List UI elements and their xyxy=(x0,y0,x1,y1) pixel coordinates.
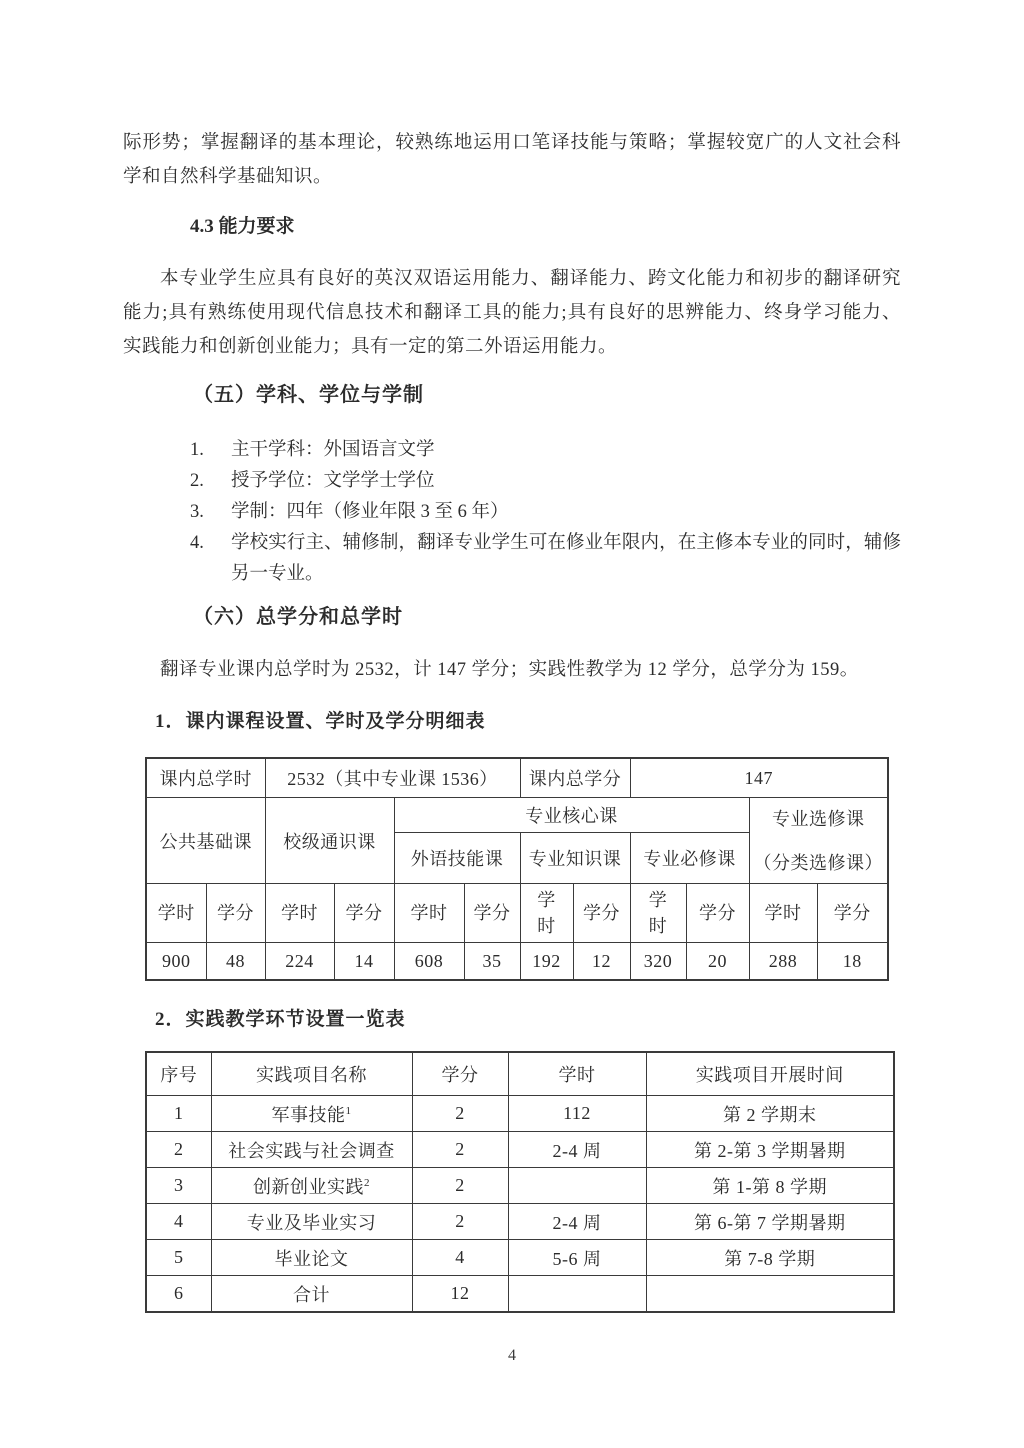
unit-header: 学分 xyxy=(464,884,520,943)
col-header-no: 序号 xyxy=(146,1052,211,1096)
cell-credits: 12 xyxy=(412,1276,508,1313)
group-major-required: 专业必修课 xyxy=(630,833,749,884)
text-line: 另一专业。 xyxy=(231,559,901,590)
cell-credits: 4 xyxy=(412,1240,508,1276)
footnote-superscript: 1 xyxy=(346,1105,352,1117)
document-page: 际形势；掌握翻译的基本理论，较熟练地运用口笔译技能与策略；掌握较宽广的人文社会科… xyxy=(0,0,1024,1448)
value-cell: 900 xyxy=(146,943,206,981)
practice-teaching-table: 序号 实践项目名称 学分 学时 实践项目开展时间 1军事技能12112第 2 学… xyxy=(145,1051,895,1313)
cell-time: 第 7-8 学期 xyxy=(646,1240,894,1276)
list-item: 3.学制：四年（修业年限 3 至 6 年） xyxy=(190,497,901,528)
value-cell: 12 xyxy=(573,943,630,981)
total-hours-value: 2532（其中专业课 1536） xyxy=(265,758,520,798)
text-line: 学校实行主、辅修制，翻译专业学生可在修业年限内，在主修本专业的同时，辅修 xyxy=(231,528,901,559)
text-line: 学和自然科学基础知识。 xyxy=(123,160,901,194)
text-line: 翻译专业课内总学时为 2532，计 147 学分；实践性教学为 12 学分，总学… xyxy=(123,653,901,687)
text-line: 际形势；掌握翻译的基本理论，较熟练地运用口笔译技能与策略；掌握较宽广的人文社会科 xyxy=(123,126,901,160)
cell-credits: 2 xyxy=(412,1204,508,1240)
text-line: 授予学位：文学学士学位 xyxy=(231,466,901,497)
unit-header: 学分 xyxy=(206,884,265,943)
text-line: 主干学科：外国语言文学 xyxy=(231,435,901,466)
course-hours-credits-table: 课内总学时 2532（其中专业课 1536） 课内总学分 147 公共基础课 校… xyxy=(145,757,889,981)
group-foreign-skill: 外语技能课 xyxy=(394,833,520,884)
table-row: 5毕业论文45-6 周第 7-8 学期 xyxy=(146,1240,894,1276)
value-cell: 18 xyxy=(817,943,888,981)
credits-paragraph: 翻译专业课内总学时为 2532，计 147 学分；实践性教学为 12 学分，总学… xyxy=(123,653,901,687)
list-item-number: 4. xyxy=(190,528,231,590)
total-credits-label: 课内总学分 xyxy=(520,758,630,798)
text-line: 实践能力和创新创业能力；具有一定的第二外语运用能力。 xyxy=(123,330,901,364)
unit-header: 学时 xyxy=(749,884,817,943)
group-public-basic: 公共基础课 xyxy=(146,798,265,884)
value-cell: 192 xyxy=(520,943,573,981)
group-general: 校级通识课 xyxy=(265,798,394,884)
heading-section-6: （六）总学分和总学时 xyxy=(193,604,901,631)
unit-header: 学分 xyxy=(817,884,888,943)
cell-time: 第 2-第 3 学期暑期 xyxy=(646,1132,894,1168)
cell-hours: 5-6 周 xyxy=(508,1240,646,1276)
unit-header: 学时 xyxy=(146,884,206,943)
cell-no: 1 xyxy=(146,1096,211,1132)
cell-time: 第 2 学期末 xyxy=(646,1096,894,1132)
list-item: 1.主干学科：外国语言文学 xyxy=(190,435,901,466)
cell-name: 创新创业实践2 xyxy=(211,1168,412,1204)
cell-hours xyxy=(508,1276,646,1313)
total-credits-value: 147 xyxy=(630,758,888,798)
group-elective-sub-label: （分类选修课） xyxy=(752,852,886,874)
footnote-superscript: 2 xyxy=(364,1177,370,1189)
value-cell: 14 xyxy=(334,943,394,981)
unit-header: 学分 xyxy=(334,884,394,943)
unit-header: 学 时 xyxy=(520,884,573,943)
value-cell: 20 xyxy=(686,943,749,981)
table2-header-row: 序号 实践项目名称 学分 学时 实践项目开展时间 xyxy=(146,1052,894,1096)
list-item-text: 学校实行主、辅修制，翻译专业学生可在修业年限内，在主修本专业的同时，辅修另一专业… xyxy=(231,528,901,590)
col-header-name: 实践项目名称 xyxy=(211,1052,412,1096)
cell-no: 2 xyxy=(146,1132,211,1168)
text-line: 学制：四年（修业年限 3 至 6 年） xyxy=(231,497,901,528)
value-cell: 224 xyxy=(265,943,334,981)
group-elective-label: 专业选修课 xyxy=(752,808,886,830)
intro-paragraph: 际形势；掌握翻译的基本理论，较熟练地运用口笔译技能与策略；掌握较宽广的人文社会科… xyxy=(123,126,901,194)
cell-hours: 2-4 周 xyxy=(508,1132,646,1168)
list-item-number: 3. xyxy=(190,497,231,528)
col-header-hours: 学时 xyxy=(508,1052,646,1096)
unit-header: 学时 xyxy=(394,884,464,943)
cell-hours xyxy=(508,1168,646,1204)
cell-no: 3 xyxy=(146,1168,211,1204)
list-item: 4.学校实行主、辅修制，翻译专业学生可在修业年限内，在主修本专业的同时，辅修另一… xyxy=(190,528,901,590)
cell-credits: 2 xyxy=(412,1096,508,1132)
unit-header: 学时 xyxy=(265,884,334,943)
group-core: 专业核心课 xyxy=(394,798,749,833)
table1-title: 1．课内课程设置、学时及学分明细表 xyxy=(155,709,901,735)
cell-time: 第 1-第 8 学期 xyxy=(646,1168,894,1204)
group-major-knowledge: 专业知识课 xyxy=(520,833,630,884)
text-line: 本专业学生应具有良好的英汉双语运用能力、翻译能力、跨文化能力和初步的翻译研究 xyxy=(123,262,901,296)
cell-credits: 2 xyxy=(412,1132,508,1168)
table-row: 4专业及毕业实习22-4 周第 6-第 7 学期暑期 xyxy=(146,1204,894,1240)
table2-title: 2．实践教学环节设置一览表 xyxy=(155,1007,901,1033)
page-content: 际形势；掌握翻译的基本理论，较熟练地运用口笔译技能与策略；掌握较宽广的人文社会科… xyxy=(123,126,901,1365)
page-number: 4 xyxy=(123,1347,901,1365)
total-hours-label: 课内总学时 xyxy=(146,758,265,798)
cell-name: 专业及毕业实习 xyxy=(211,1204,412,1240)
cell-name: 军事技能1 xyxy=(211,1096,412,1132)
list-item-number: 1. xyxy=(190,435,231,466)
list-item-text: 主干学科：外国语言文学 xyxy=(231,435,901,466)
table-row: 1军事技能12112第 2 学期末 xyxy=(146,1096,894,1132)
cell-time xyxy=(646,1276,894,1313)
cell-no: 6 xyxy=(146,1276,211,1313)
ability-paragraph: 本专业学生应具有良好的英汉双语运用能力、翻译能力、跨文化能力和初步的翻译研究能力… xyxy=(123,262,901,364)
heading-4-3: 4.3 能力要求 xyxy=(190,214,901,240)
value-cell: 48 xyxy=(206,943,265,981)
list-item-text: 学制：四年（修业年限 3 至 6 年） xyxy=(231,497,901,528)
degree-list: 1.主干学科：外国语言文学2.授予学位：文学学士学位3.学制：四年（修业年限 3… xyxy=(190,435,901,590)
group-elective: 专业选修课 （分类选修课） xyxy=(749,798,888,884)
heading-section-5: （五）学科、学位与学制 xyxy=(193,382,901,409)
cell-time: 第 6-第 7 学期暑期 xyxy=(646,1204,894,1240)
value-cell: 35 xyxy=(464,943,520,981)
value-cell: 320 xyxy=(630,943,686,981)
cell-no: 4 xyxy=(146,1204,211,1240)
cell-no: 5 xyxy=(146,1240,211,1276)
list-item: 2.授予学位：文学学士学位 xyxy=(190,466,901,497)
value-cell: 288 xyxy=(749,943,817,981)
unit-header: 学分 xyxy=(573,884,630,943)
cell-name: 毕业论文 xyxy=(211,1240,412,1276)
unit-header: 学 时 xyxy=(630,884,686,943)
col-header-credits: 学分 xyxy=(412,1052,508,1096)
table-row: 2社会实践与社会调查22-4 周第 2-第 3 学期暑期 xyxy=(146,1132,894,1168)
list-item-text: 授予学位：文学学士学位 xyxy=(231,466,901,497)
cell-credits: 2 xyxy=(412,1168,508,1204)
cell-hours: 112 xyxy=(508,1096,646,1132)
table-row: 3创新创业实践22第 1-第 8 学期 xyxy=(146,1168,894,1204)
cell-name: 合计 xyxy=(211,1276,412,1313)
value-cell: 608 xyxy=(394,943,464,981)
cell-hours: 2-4 周 xyxy=(508,1204,646,1240)
unit-header: 学分 xyxy=(686,884,749,943)
text-line: 能力;具有熟练使用现代信息技术和翻译工具的能力;具有良好的思辨能力、终身学习能力… xyxy=(123,296,901,330)
list-item-number: 2. xyxy=(190,466,231,497)
table-row: 6合计12 xyxy=(146,1276,894,1313)
cell-name: 社会实践与社会调查 xyxy=(211,1132,412,1168)
col-header-time: 实践项目开展时间 xyxy=(646,1052,894,1096)
